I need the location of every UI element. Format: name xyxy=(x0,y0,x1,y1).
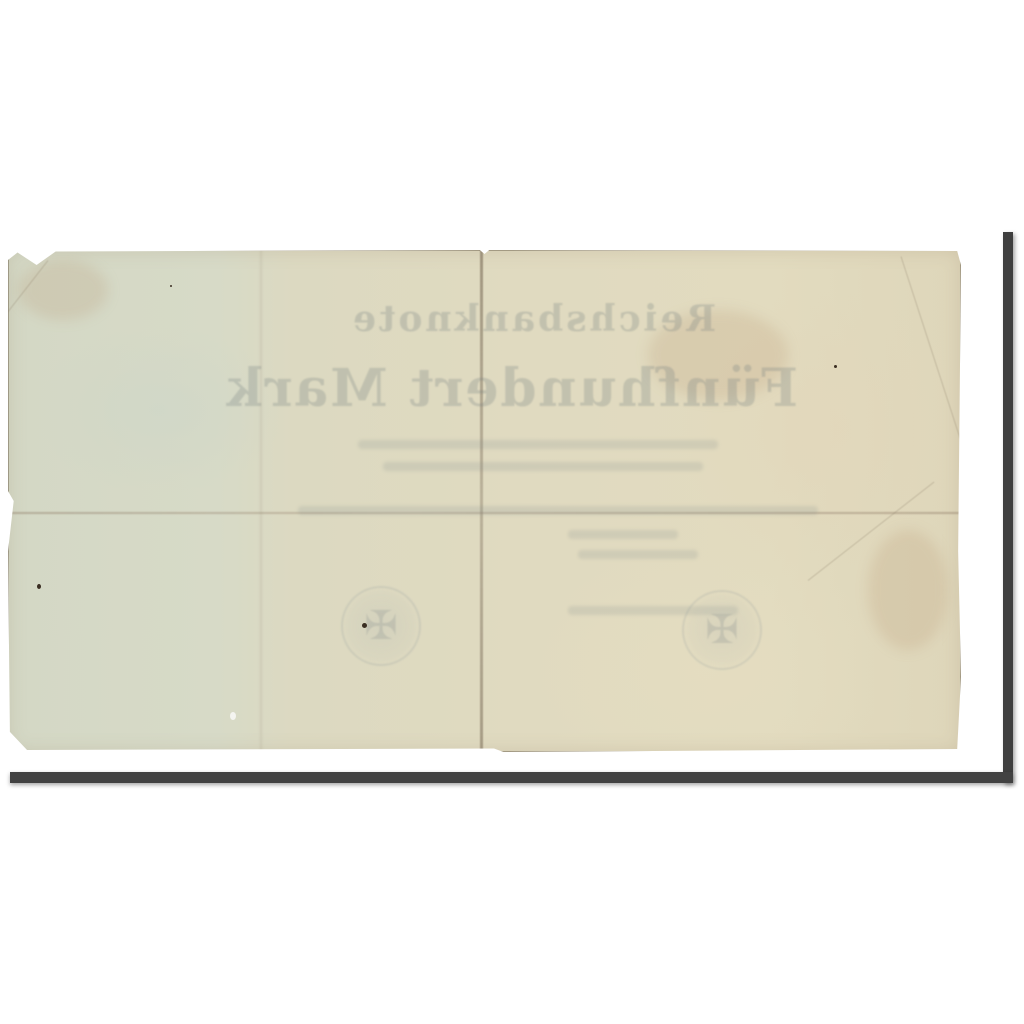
ink-spot xyxy=(37,584,41,589)
eagle-icon: ✠ xyxy=(684,592,760,668)
ink-spot xyxy=(834,365,837,368)
eagle-icon: ✠ xyxy=(343,588,419,664)
banknote: Reichsbanknote Fünfhundert Mark ✠ ✠ xyxy=(8,250,961,752)
showthrough-text-line xyxy=(383,462,703,471)
showthrough-text-line xyxy=(358,440,718,449)
showthrough-title: Reichsbanknote xyxy=(303,298,763,340)
showthrough-text-line xyxy=(578,550,698,559)
showthrough-text-line xyxy=(568,530,678,539)
eagle-seal-left: ✠ xyxy=(341,586,421,666)
showthrough-value: Fünfhundert Mark xyxy=(278,358,798,419)
ink-spot xyxy=(362,623,367,628)
drop-shadow-bottom xyxy=(10,772,1013,783)
drop-shadow-right xyxy=(1003,232,1013,783)
showthrough-text-line xyxy=(298,506,818,515)
stain xyxy=(868,530,948,650)
stain xyxy=(18,260,108,320)
paper-tear xyxy=(230,712,236,720)
fold-line xyxy=(260,250,262,752)
ink-spot xyxy=(170,285,172,287)
eagle-seal-right: ✠ xyxy=(682,590,762,670)
